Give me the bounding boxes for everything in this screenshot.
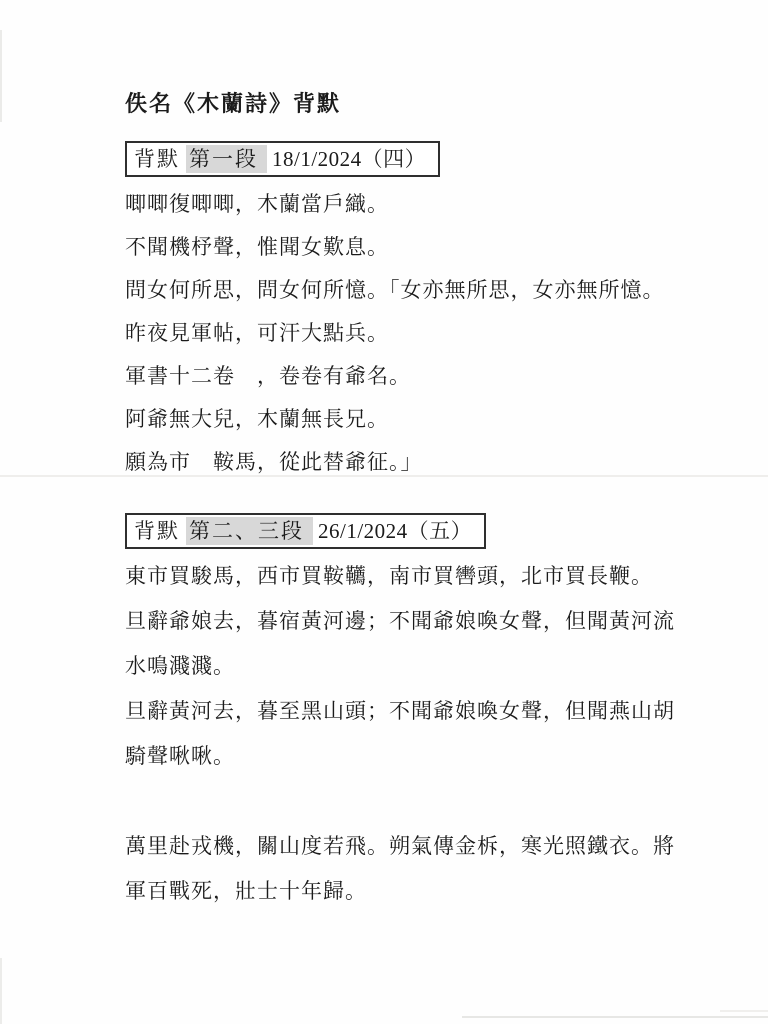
poem-line: 問女何所思，問女何所憶。「女亦無所思，女亦無所憶。: [125, 277, 725, 303]
poem-line: 不聞機杼聲，惟聞女歎息。: [125, 234, 725, 260]
scan-edge-artifact-bottom-right-2: [720, 1010, 768, 1012]
poem-line: 軍百戰死，壯士十年歸。: [125, 878, 725, 905]
poem-line: 昨夜見軍帖，可汗大點兵。: [125, 320, 725, 346]
poem-line: 願為市 鞍馬，從此替爺征。」: [125, 449, 725, 475]
recitation-date: 18/1/2024（四）: [272, 147, 426, 171]
poem-line: 旦辭黃河去，暮至黑山頭；不聞爺娘喚女聲，但聞燕山胡: [125, 698, 725, 725]
scan-edge-artifact-bottom-left: [0, 958, 2, 1024]
section-second-third-passage: 背默第二、三段26/1/2024（五） 東市買駿馬，西市買鞍韉，南市買轡頭，北市…: [125, 513, 725, 905]
document-content: 佚名《木蘭詩》背默 背默第一段18/1/2024（四） 唧唧復唧唧，木蘭當戶織。…: [125, 93, 725, 923]
poem-line-blank: [125, 788, 725, 815]
page-title: 佚名《木蘭詩》背默: [125, 93, 725, 115]
poem-line: 軍書十二卷 ，卷卷有爺名。: [125, 363, 725, 389]
poem-line: 騎聲啾啾。: [125, 743, 725, 770]
passage-highlight: 第一段: [186, 145, 267, 173]
recitation-label: 背默: [134, 147, 180, 171]
recitation-date: 26/1/2024（五）: [318, 519, 472, 543]
poem-line: 萬里赴戎機，關山度若飛。朔氣傳金柝，寒光照鐵衣。將: [125, 833, 725, 860]
poem-line: 阿爺無大兒，木蘭無長兄。: [125, 406, 725, 432]
passage-highlight: 第二、三段: [186, 517, 313, 545]
poem-line: 旦辭爺娘去，暮宿黃河邊；不聞爺娘喚女聲，但聞黃河流: [125, 608, 725, 635]
recitation-header-box-2: 背默第二、三段26/1/2024（五）: [125, 513, 486, 549]
poem-lines-first-passage: 唧唧復唧唧，木蘭當戶織。不聞機杼聲，惟聞女歎息。問女何所思，問女何所憶。「女亦無…: [125, 191, 725, 475]
section-first-passage: 背默第一段18/1/2024（四） 唧唧復唧唧，木蘭當戶織。不聞機杼聲，惟聞女歎…: [125, 141, 725, 475]
scanned-document-page: 佚名《木蘭詩》背默 背默第一段18/1/2024（四） 唧唧復唧唧，木蘭當戶織。…: [0, 0, 768, 1024]
scan-edge-artifact-top-left: [0, 30, 2, 122]
poem-line: 唧唧復唧唧，木蘭當戶織。: [125, 191, 725, 217]
poem-line: 水鳴濺濺。: [125, 653, 725, 680]
recitation-header-box-1: 背默第一段18/1/2024（四）: [125, 141, 440, 177]
scan-edge-artifact-bottom-right: [462, 1016, 768, 1018]
recitation-label: 背默: [134, 519, 180, 543]
poem-line: 東市買駿馬，西市買鞍韉，南市買轡頭，北市買長鞭。: [125, 563, 725, 590]
poem-lines-second-third-passage: 東市買駿馬，西市買鞍韉，南市買轡頭，北市買長鞭。旦辭爺娘去，暮宿黃河邊；不聞爺娘…: [125, 563, 725, 905]
